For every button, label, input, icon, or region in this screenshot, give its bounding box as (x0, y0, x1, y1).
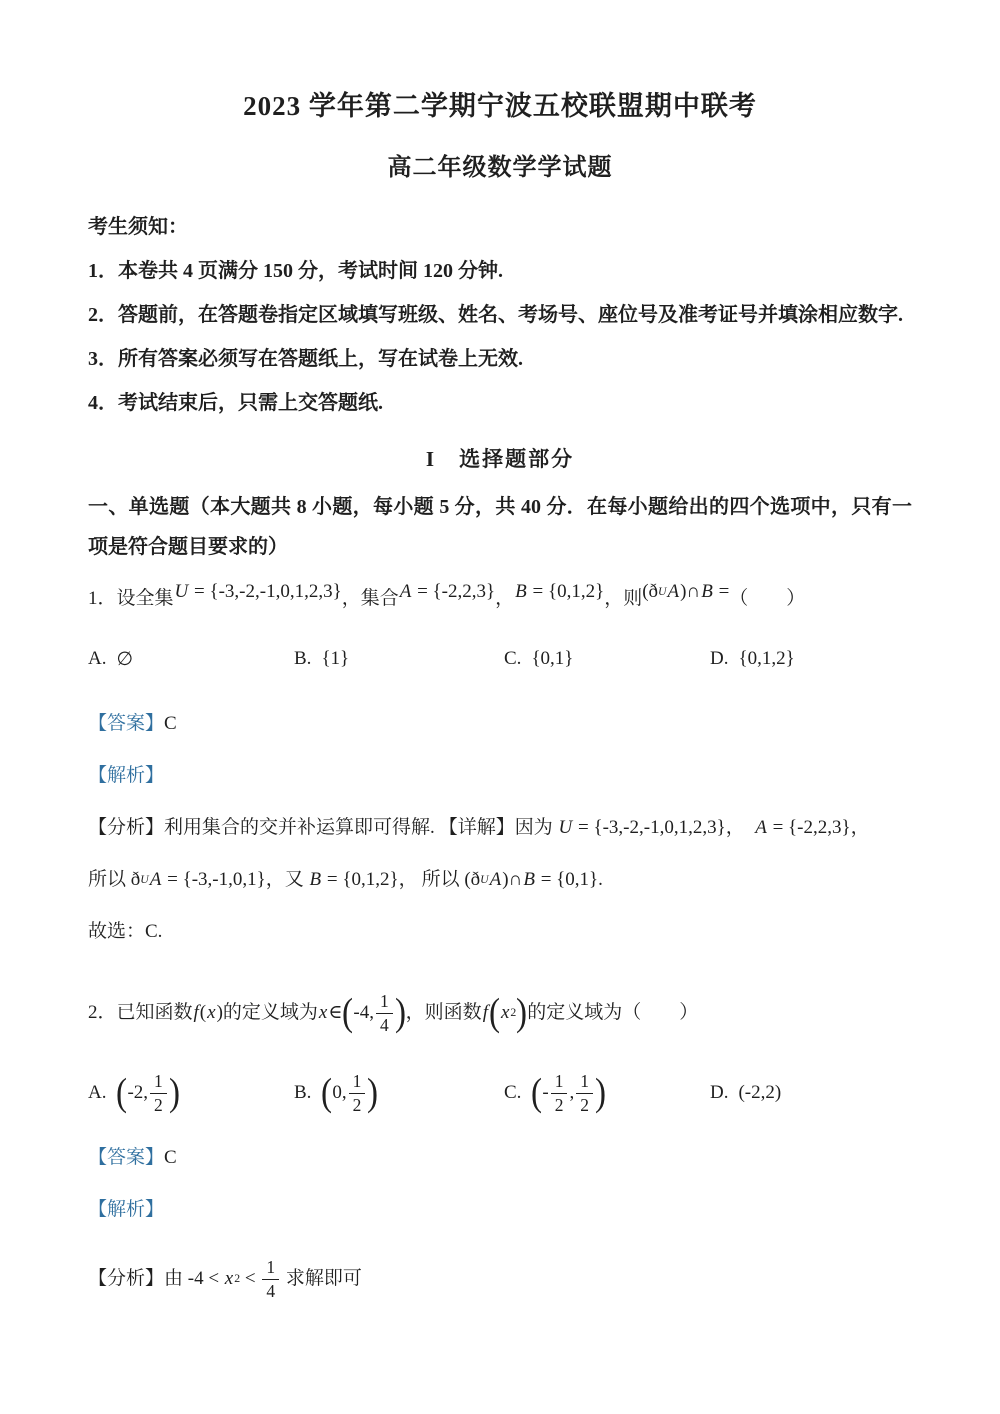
q2-answer-line: 【答案】C (88, 1143, 912, 1173)
math-token-mt: ð (131, 865, 141, 895)
q2-analysis-text: 【分析】由 -4 < x2 < 14 求解即可 (88, 1247, 362, 1311)
q1-option-c: C.{0,1} (504, 631, 710, 687)
q2-option-c-label: C. (504, 1082, 521, 1104)
q1-option-a-label: A. (88, 648, 106, 670)
q1-option-b-value: {1} (321, 648, 349, 670)
math-token-mbig: ( (342, 994, 353, 1033)
q1-solution-line-1: 【详解】因为 U = {-3,-2,-1,0,1,2,3}， A = {-2,2… (439, 813, 870, 843)
q2-option-c-value: (-12,12) (531, 1071, 605, 1114)
math-token-mt: 【分析】由 -4 < (88, 1264, 224, 1294)
math-token-den: 2 (580, 1094, 589, 1115)
notice-item-2: 2．答题前，在答题卷指定区域填写班级、姓名、考场号、座位号及准考证号并填涂相应数… (88, 293, 912, 337)
math-token-mt: 所以 ( (422, 865, 471, 895)
math-token-mi: x (318, 997, 328, 1029)
math-token-mi: B (514, 576, 528, 608)
math-token-mbig: ( (489, 994, 500, 1033)
math-token-mt: , (569, 1082, 574, 1104)
math-token-msub: U (480, 865, 489, 895)
math-token-mi: B (522, 865, 536, 895)
math-token-mt: ∈ (328, 997, 342, 1029)
math-token-mi: x (500, 997, 510, 1029)
math-token-den: 2 (154, 1094, 163, 1115)
notice-item-3: 3．所有答案必须写在答题纸上，写在试卷上无效. (88, 337, 912, 381)
math-token-mi: A (149, 865, 163, 895)
q2-formula-fx: f(x) (193, 997, 223, 1029)
math-token-mt: = {0,1,2} (322, 865, 398, 895)
math-token-mbig: ) (169, 1074, 180, 1113)
math-token-mt: {0,1} (531, 648, 573, 670)
q2-stem-text-3: ，则函数 (406, 997, 482, 1029)
math-fraction: 14 (376, 991, 393, 1034)
math-token-mt: 求解即可 (281, 1264, 362, 1294)
question-2: 2．已知函数f(x)的定义域为x∈(-4,14)，则函数f(x2)的定义域为（ … (88, 977, 912, 1311)
q1-option-d: D.{0,1,2} (710, 631, 912, 687)
math-token-mt: {1} (321, 648, 349, 670)
q2-option-c: C.(-12,12) (504, 1065, 710, 1121)
math-fraction: 12 (150, 1071, 167, 1114)
q1-solution-line-3: 所以 (ðUA)∩B = {0,1}. (422, 865, 603, 895)
math-token-mi: f (482, 997, 489, 1029)
page-title: 2023 学年第二学期宁波五校联盟期中联考 (88, 84, 912, 123)
q1-option-c-label: C. (504, 648, 521, 670)
math-token-mt: < (240, 1264, 260, 1294)
q1-analysis-text: 【分析】利用集合的交并补运算即可得解. (88, 813, 435, 843)
q2-option-a-value: (-2,12) (116, 1071, 179, 1114)
q1-options-row: A.∅ B.{1} C.{0,1} D.{0,1,2} (88, 631, 912, 687)
math-token-mbig: ) (595, 1074, 606, 1113)
math-token-num: 1 (262, 1257, 279, 1279)
q1-option-c-value: {0,1} (531, 648, 573, 670)
notice-item-1: 1．本卷共 4 页满分 150 分，考试时间 120 分钟. (88, 249, 912, 293)
math-token-den: 4 (266, 1280, 275, 1301)
q2-answer-value: C (164, 1147, 177, 1168)
math-token-msub: U (140, 865, 149, 895)
math-token-mi: B (309, 865, 323, 895)
q1-option-d-value: {0,1,2} (738, 648, 794, 670)
q2-stem-text-2: 的定义域为 (223, 997, 318, 1029)
q2-option-a: A.(-2,12) (88, 1065, 294, 1121)
section-instruction: 一、单选题（本大题共 8 小题，每小题 5 分，共 40 分．在每小题给出的四个… (88, 487, 912, 567)
q1-formula-expression: (ðUA)∩B = (642, 576, 729, 608)
math-token-mt: (-2,2) (738, 1082, 781, 1104)
q2-option-b: B.(0,12) (294, 1065, 504, 1121)
math-token-mt: = {-2,2,3} (412, 576, 495, 608)
q1-formula-universal-set: U = {-3,-2,-1,0,1,2,3} (174, 576, 342, 608)
math-token-mt: 所以 (88, 865, 131, 895)
part-title: I 选择题部分 (88, 443, 912, 473)
math-token-mt: ∅ (116, 648, 133, 671)
math-token-mt: 【分析】利用集合的交并补运算即可得解. (88, 813, 435, 843)
math-token-mt: -2, (127, 1082, 148, 1104)
q1-option-a-value: ∅ (116, 648, 133, 671)
q2-option-d: D.(-2,2) (710, 1065, 912, 1121)
math-token-mi: A (489, 865, 503, 895)
q1-stem-text-4: ，则 (604, 588, 642, 609)
math-token-mt: - (542, 1082, 548, 1104)
math-token-den: 4 (380, 1014, 389, 1035)
q2-answer-label: 【答案】 (88, 1147, 164, 1168)
question-1: 1．设全集U = {-3,-2,-1,0,1,2,3}，集合A = {-2,2,… (88, 583, 912, 947)
notice-section: 考生须知： 1．本卷共 4 页满分 150 分，考试时间 120 分钟. 2．答… (88, 210, 912, 425)
math-token-mt: ð (471, 865, 481, 895)
math-token-mi: x (206, 997, 216, 1029)
page-subtitle: 高二年级数学学试题 (88, 147, 912, 182)
q2-formula-domain-interval: x∈(-4,14) (318, 991, 406, 1034)
math-token-den: 2 (353, 1094, 362, 1115)
math-token-mt: = {0,1,2} (528, 576, 604, 608)
math-token-mt: = {-3,-2,-1,0,1,2,3} (573, 813, 725, 843)
q1-option-d-label: D. (710, 648, 728, 670)
math-token-mt: ， (851, 813, 870, 843)
math-token-mi: A (667, 576, 681, 608)
math-token-mi: B (700, 576, 714, 608)
q1-formula-set-b: B = {0,1,2} (514, 576, 604, 608)
q2-option-d-value: (-2,2) (738, 1082, 781, 1104)
q1-solution-line-2: 所以 ðUA = {-3,-1,0,1}，又 B = {0,1,2}， (88, 865, 418, 895)
q1-answer-line: 【答案】C (88, 709, 912, 739)
math-token-mi: U (558, 813, 574, 843)
q1-answer-blank: （ ） (729, 588, 805, 609)
math-token-num: 1 (551, 1071, 568, 1093)
math-token-mt: ， (399, 865, 418, 895)
math-token-num: 1 (576, 1071, 593, 1093)
q1-conclusion: 故选：C. (88, 917, 912, 947)
q2-option-b-value: (0,12) (321, 1071, 378, 1114)
math-token-mbig: ) (516, 994, 527, 1033)
math-token-num: 1 (376, 991, 393, 1013)
math-fraction: 12 (349, 1071, 366, 1114)
exam-paper-page: 2023 学年第二学期宁波五校联盟期中联考 高二年级数学学试题 考生须知： 1．… (0, 0, 1000, 1414)
notice-heading: 考生须知： (88, 210, 912, 239)
math-token-mt: . (598, 865, 603, 895)
q1-analysis-label: 【解析】 (88, 765, 164, 786)
q1-option-b-label: B. (294, 648, 311, 670)
math-token-mbig: ( (531, 1074, 542, 1113)
q1-stem-text-1: 1．设全集 (88, 588, 174, 609)
q1-option-b: B.{1} (294, 631, 504, 687)
q2-options-row: A.(-2,12) B.(0,12) C.(-12,12) D.(-2,2) (88, 1065, 912, 1121)
math-token-mi: U (174, 576, 190, 608)
notice-item-4: 4．考试结束后，只需上交答题纸. (88, 381, 912, 425)
math-token-mt: = {-3,-2,-1,0,1,2,3} (189, 576, 341, 608)
math-fraction: 12 (551, 1071, 568, 1114)
math-token-mt: = {-3,-1,0,1} (162, 865, 265, 895)
q2-option-d-label: D. (710, 1082, 728, 1104)
math-token-mt: )∩ (680, 576, 700, 608)
q1-formula-set-a: A = {-2,2,3} (399, 576, 495, 608)
math-token-mi: x (224, 1264, 234, 1294)
question-2-stem: 2．已知函数f(x)的定义域为x∈(-4,14)，则函数f(x2)的定义域为（ … (88, 977, 912, 1049)
q1-stem-text-3: ， (495, 588, 514, 609)
q2-option-b-label: B. (294, 1082, 311, 1104)
math-token-mt: 【详解】因为 (439, 813, 558, 843)
math-token-msub: U (658, 576, 667, 608)
question-1-stem: 1．设全集U = {-3,-2,-1,0,1,2,3}，集合A = {-2,2,… (88, 583, 912, 615)
math-token-num: 1 (150, 1071, 167, 1093)
math-token-mbig: ) (395, 994, 406, 1033)
q2-stem-text-1: 2．已知函数 (88, 997, 193, 1029)
math-token-mi: f (193, 997, 200, 1029)
math-token-mt: {0,1,2} (738, 648, 794, 670)
q2-analysis-heading: 【解析】 (88, 1195, 912, 1225)
math-token-mbig: ( (321, 1074, 332, 1113)
math-token-mt: ， (726, 813, 755, 843)
q1-answer-value: C (164, 713, 177, 734)
q2-stem-text-4: 的定义域为（ ） (527, 997, 698, 1029)
q1-stem-text-2: ，集合 (342, 588, 399, 609)
q2-option-a-label: A. (88, 1082, 106, 1104)
math-token-mt: = {-2,2,3} (768, 813, 851, 843)
q2-formula-fx-squared: f(x2) (482, 994, 528, 1033)
math-token-mt: = (714, 576, 729, 608)
q1-option-a: A.∅ (88, 631, 294, 687)
math-token-mt: ，又 (266, 865, 309, 895)
math-token-den: 2 (555, 1094, 564, 1115)
math-token-mt: )∩ (502, 865, 522, 895)
math-fraction: 12 (576, 1071, 593, 1114)
math-token-mt: -4, (353, 997, 374, 1029)
math-token-mt: = {0,1} (536, 865, 598, 895)
math-token-mi: A (754, 813, 768, 843)
q1-analysis-heading: 【解析】 (88, 761, 912, 791)
math-token-mt: 0, (332, 1082, 346, 1104)
q2-analysis-label: 【解析】 (88, 1199, 164, 1220)
math-token-mi: A (399, 576, 413, 608)
math-token-mt: ð (649, 576, 659, 608)
q1-answer-label: 【答案】 (88, 713, 164, 734)
math-token-num: 1 (349, 1071, 366, 1093)
math-token-mbig: ( (116, 1074, 127, 1113)
math-token-mbig: ) (367, 1074, 378, 1113)
math-fraction: 14 (262, 1257, 279, 1300)
